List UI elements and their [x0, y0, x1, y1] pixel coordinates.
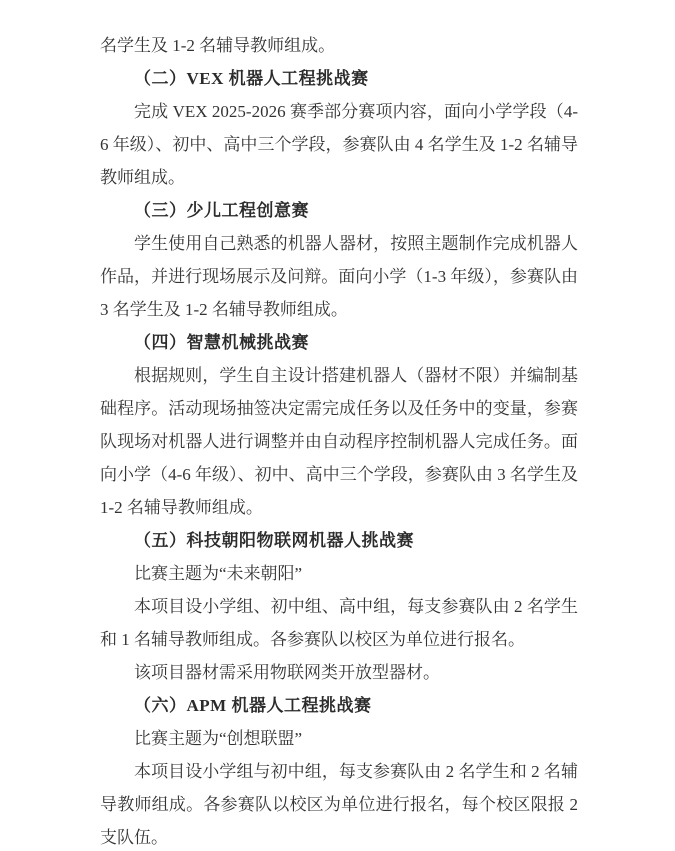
paragraph-apm-teams: 本项目设小学组与初中组，每支参赛队由 2 名学生和 2 名辅导教师组成。各参赛队… — [100, 755, 578, 851]
paragraph-wulianwang-theme: 比赛主题为“未来朝阳” — [100, 557, 578, 590]
paragraph-vex: 完成 VEX 2025-2026 赛季部分赛项内容，面向小学学段（4-6 年级）… — [100, 95, 578, 194]
paragraph-shaoer: 学生使用自己熟悉的机器人器材，按照主题制作完成机器人作品，并进行现场展示及问辩。… — [100, 227, 578, 326]
section-heading-vex: （二）VEX 机器人工程挑战赛 — [100, 62, 578, 95]
document-page: 名学生及 1-2 名辅导教师组成。 （二）VEX 机器人工程挑战赛 完成 VEX… — [0, 0, 675, 851]
paragraph-continuation: 名学生及 1-2 名辅导教师组成。 — [100, 29, 578, 62]
section-heading-zhihui: （四）智慧机械挑战赛 — [100, 326, 578, 359]
section-heading-shaoer: （三）少儿工程创意赛 — [100, 194, 578, 227]
paragraph-zhihui: 根据规则，学生自主设计搭建机器人（器材不限）并编制基础程序。活动现场抽签决定需完… — [100, 359, 578, 524]
section-heading-apm: （六）APM 机器人工程挑战赛 — [100, 689, 578, 722]
paragraph-apm-theme: 比赛主题为“创想联盟” — [100, 722, 578, 755]
paragraph-wulianwang-gear: 该项目器材需采用物联网类开放型器材。 — [100, 656, 578, 689]
section-heading-wulianwang: （五）科技朝阳物联网机器人挑战赛 — [100, 524, 578, 557]
document-body: 名学生及 1-2 名辅导教师组成。 （二）VEX 机器人工程挑战赛 完成 VEX… — [100, 29, 578, 851]
paragraph-wulianwang-teams: 本项目设小学组、初中组、高中组，每支参赛队由 2 名学生和 1 名辅导教师组成。… — [100, 590, 578, 656]
